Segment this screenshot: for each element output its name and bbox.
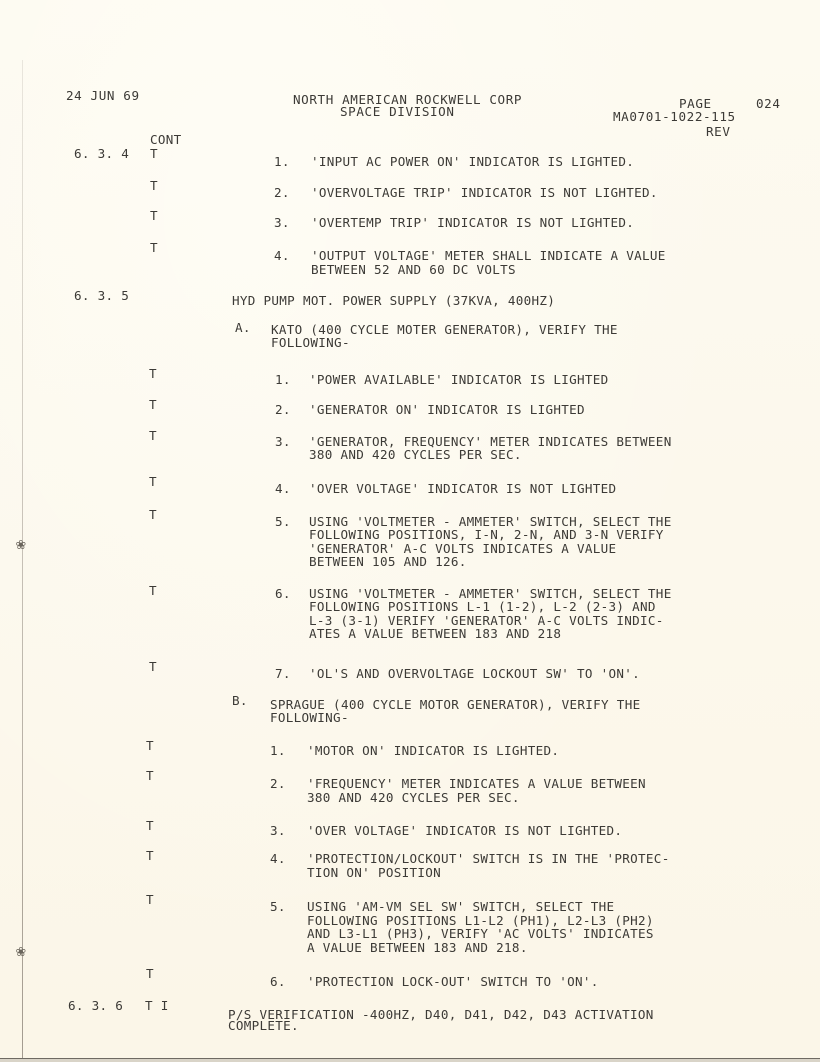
step-text-line: A VALUE BETWEEN 183 AND 218. [307,940,528,955]
step-text-line: 'OVER VOLTAGE' INDICATOR IS NOT LIGHTED. [307,823,622,838]
step-number: 1. [275,372,291,387]
step-number: 4. [275,481,291,496]
step-number: 1. [274,154,290,169]
step-number: 3. [274,215,290,230]
step-text-line: 'MOTOR ON' INDICATOR IS LIGHTED. [307,743,559,758]
test-mark: T [149,583,157,598]
page-bottom-edge [0,1058,820,1062]
test-mark: T [149,659,157,674]
step-text-line: 'OVERVOLTAGE TRIP' INDICATOR IS NOT LIGH… [311,185,658,200]
test-mark: T [149,474,157,489]
test-mark: T [149,397,157,412]
test-mark: T [149,507,157,522]
step-text-line: 'OUTPUT VOLTAGE' METER SHALL INDICATE A … [311,248,666,263]
step-text-line: 'INPUT AC POWER ON' INDICATOR IS LIGHTED… [311,154,634,169]
subsection-letter: A. [235,320,251,335]
step-number: 6. [275,586,291,601]
test-mark: T [150,146,158,161]
test-mark: T [150,178,158,193]
subsection-letter: B. [232,693,248,708]
section-text-line: COMPLETE. [228,1018,299,1033]
test-mark: T [150,208,158,223]
test-mark: T [149,366,157,381]
test-marks: T I [145,998,169,1013]
step-number: 3. [275,434,291,449]
step-text-line: TION ON' POSITION [307,865,441,880]
company-division: SPACE DIVISION [340,104,455,119]
subsection-heading-line: FOLLOWING- [270,710,349,725]
revision-label: REV [706,124,731,139]
step-text-line: ATES A VALUE BETWEEN 183 AND 218 [309,626,561,641]
test-mark: T [150,240,158,255]
test-mark: T [146,768,154,783]
step-number: 5. [270,899,286,914]
document-date: 24 JUN 69 [66,88,140,103]
test-mark: T [146,848,154,863]
step-text-line: BETWEEN 52 AND 60 DC VOLTS [311,262,516,277]
document-page: ❀ ❀ 24 JUN 69 NORTH AMERICAN ROCKWELL CO… [0,0,820,1062]
step-text-line: 380 AND 420 CYCLES PER SEC. [307,790,520,805]
step-text-line: 'POWER AVAILABLE' INDICATOR IS LIGHTED [309,372,609,387]
step-text-line: 380 AND 420 CYCLES PER SEC. [309,447,522,462]
section-number: 6. 3. 6 [68,998,123,1013]
test-mark: T [146,892,154,907]
test-mark: T [146,738,154,753]
step-number: 7. [275,666,291,681]
test-mark: T [149,428,157,443]
test-mark: T [146,818,154,833]
step-text-line: 'GENERATOR ON' INDICATOR IS LIGHTED [309,402,585,417]
step-number: 4. [270,851,286,866]
step-text-line: 'OVERTEMP TRIP' INDICATOR IS NOT LIGHTED… [311,215,634,230]
step-number: 1. [270,743,286,758]
step-number: 6. [270,974,286,989]
step-number: 5. [275,514,291,529]
section-title: HYD PUMP MOT. POWER SUPPLY (37KVA, 400HZ… [232,293,555,308]
step-number: 2. [270,776,286,791]
punch-hole-mark-icon: ❀ [12,535,30,553]
step-number: 2. [275,402,291,417]
document-number: MA0701-1022-115 [613,109,736,124]
step-text-line: 'OVER VOLTAGE' INDICATOR IS NOT LIGHTED [309,481,616,496]
step-text-line: 'OL'S AND OVERVOLTAGE LOCKOUT SW' TO 'ON… [309,666,640,681]
continued-label: CONT [150,132,182,147]
step-number: 2. [274,185,290,200]
punch-hole-mark-icon: ❀ [12,942,30,960]
step-text-line: BETWEEN 105 AND 126. [309,554,467,569]
section-number: 6. 3. 5 [74,288,129,303]
page-number: 024 [756,96,781,111]
test-mark: T [146,966,154,981]
subsection-heading-line: FOLLOWING- [271,335,350,350]
binder-margin-line [22,60,23,1062]
step-text-line: 'PROTECTION LOCK-OUT' SWITCH TO 'ON'. [307,974,599,989]
step-number: 4. [274,248,290,263]
step-number: 3. [270,823,286,838]
section-number: 6. 3. 4 [74,146,129,161]
